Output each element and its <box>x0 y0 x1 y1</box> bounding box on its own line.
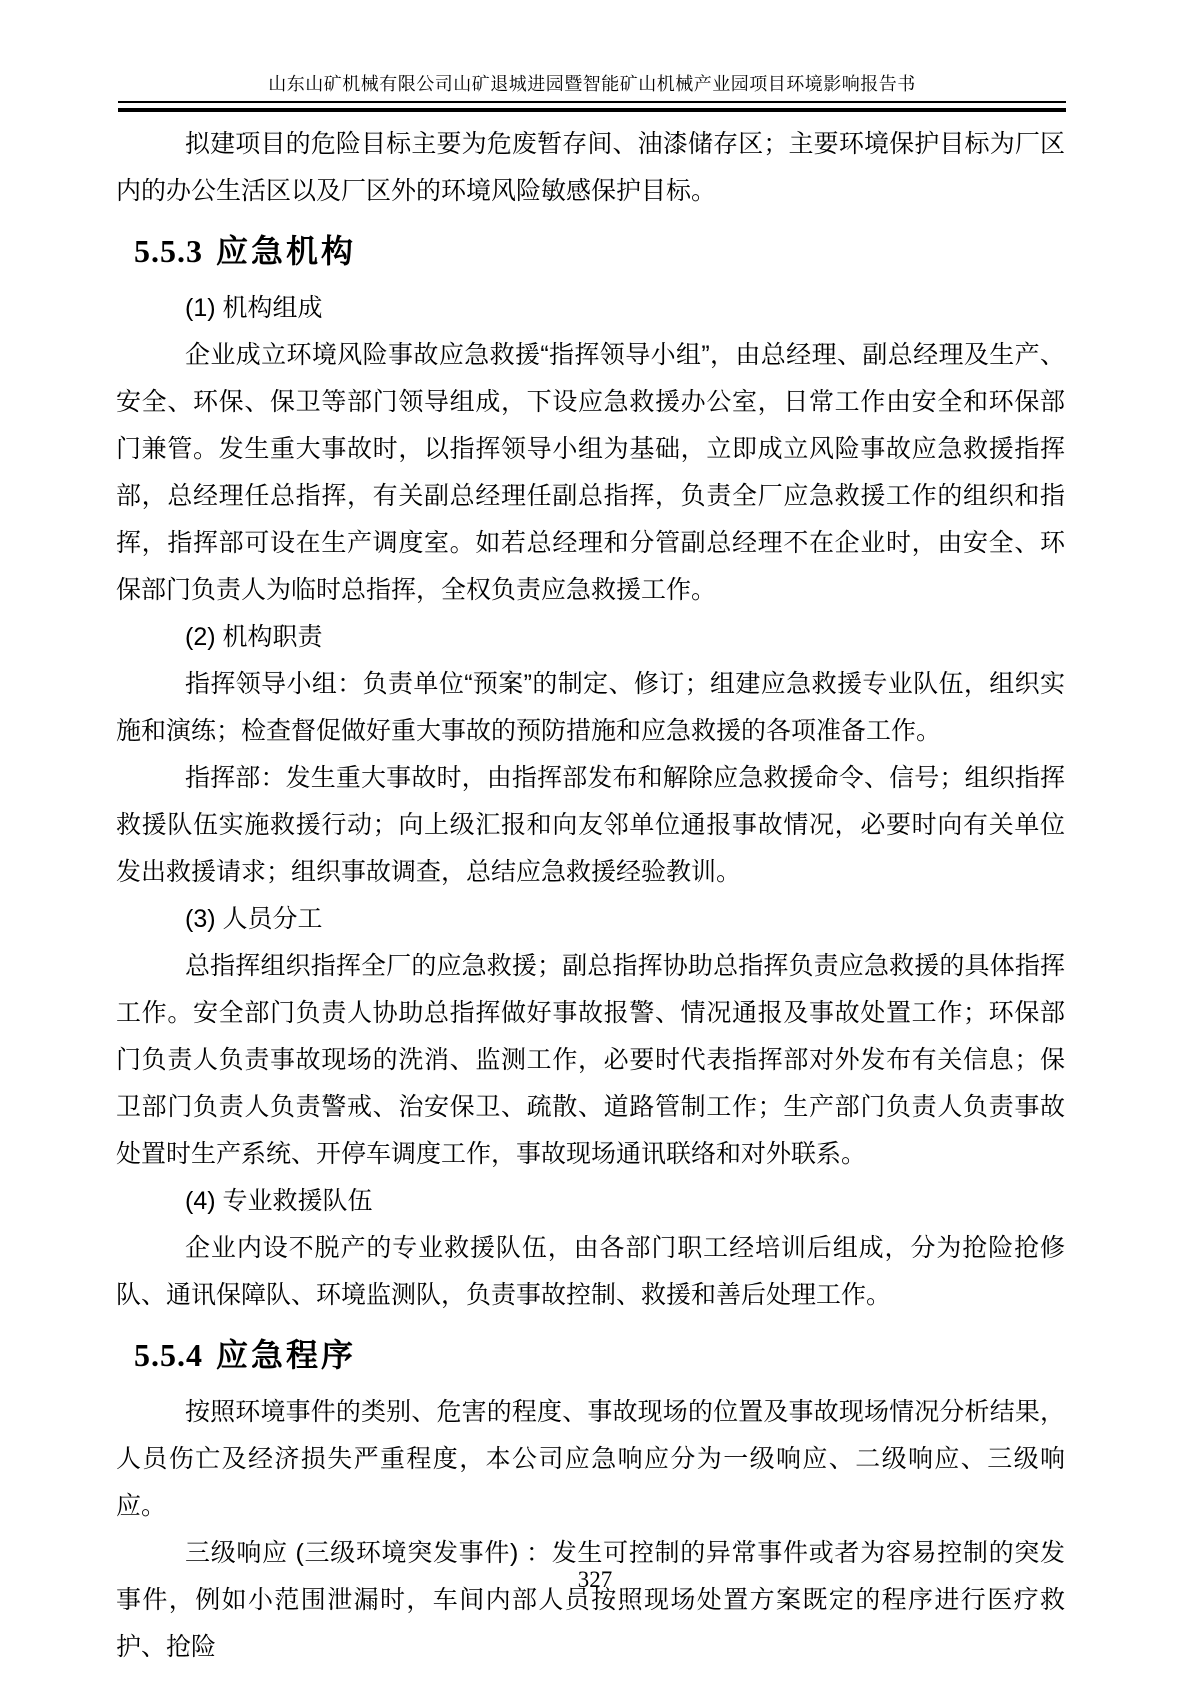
paragraph-leading-group-duty: 指挥领导小组：负责单位“预案”的制定、修订；组建应急救援专业队伍，组织实施和演练… <box>116 661 1065 755</box>
section-heading-553: 5.5.3应急机构 <box>134 223 1065 279</box>
header-rule-thick <box>118 108 1066 112</box>
paragraph-intro: 拟建项目的危险目标主要为危废暂存间、油漆储存区；主要环境保护目标为厂区内的办公生… <box>116 121 1065 215</box>
paragraph-command-dept-duty: 指挥部：发生重大事故时，由指挥部发布和解除应急救援命令、信号；组织指挥救援队伍实… <box>116 755 1065 896</box>
section-title: 应急程序 <box>216 1337 356 1373</box>
header-rule-thin <box>118 101 1066 103</box>
paragraph-response-levels: 按照环境事件的类别、危害的程度、事故现场的位置及事故现场情况分析结果，人员伤亡及… <box>116 1389 1065 1530</box>
section-number: 5.5.3 <box>134 233 203 269</box>
subsection-heading-1: (1) 机构组成 <box>116 285 1065 332</box>
page-footer: 327 <box>0 1566 1190 1594</box>
paragraph-rescue-teams: 企业内设不脱产的专业救援队伍，由各部门职工经培训后组成，分为抢险抢修队、通讯保障… <box>116 1225 1065 1319</box>
document-body: 拟建项目的危险目标主要为危废暂存间、油漆储存区；主要环境保护目标为厂区内的办公生… <box>116 121 1065 1671</box>
section-title: 应急机构 <box>216 233 356 269</box>
document-page: 山东山矿机械有限公司山矿退城进园暨智能矿山机械产业园项目环境影响报告书 拟建项目… <box>0 0 1190 1683</box>
paragraph-personnel-division: 总指挥组织指挥全厂的应急救援；副总指挥协助总指挥负责应急救援的具体指挥工作。安全… <box>116 943 1065 1178</box>
page-header-title: 山东山矿机械有限公司山矿退城进园暨智能矿山机械产业园项目环境影响报告书 <box>118 71 1066 97</box>
subsection-heading-3: (3) 人员分工 <box>116 896 1065 943</box>
section-number: 5.5.4 <box>134 1337 203 1373</box>
paragraph-level3-response: 三级响应 (三级环境突发事件) ：发生可控制的异常事件或者为容易控制的突发事件，… <box>116 1530 1065 1671</box>
section-heading-554: 5.5.4应急程序 <box>134 1327 1065 1383</box>
page-number: 327 <box>578 1567 613 1592</box>
subsection-heading-4: (4) 专业救援队伍 <box>116 1178 1065 1225</box>
subsection-heading-2: (2) 机构职责 <box>116 614 1065 661</box>
paragraph-org-composition: 企业成立环境风险事故应急救援“指挥领导小组”，由总经理、副总经理及生产、安全、环… <box>116 332 1065 614</box>
